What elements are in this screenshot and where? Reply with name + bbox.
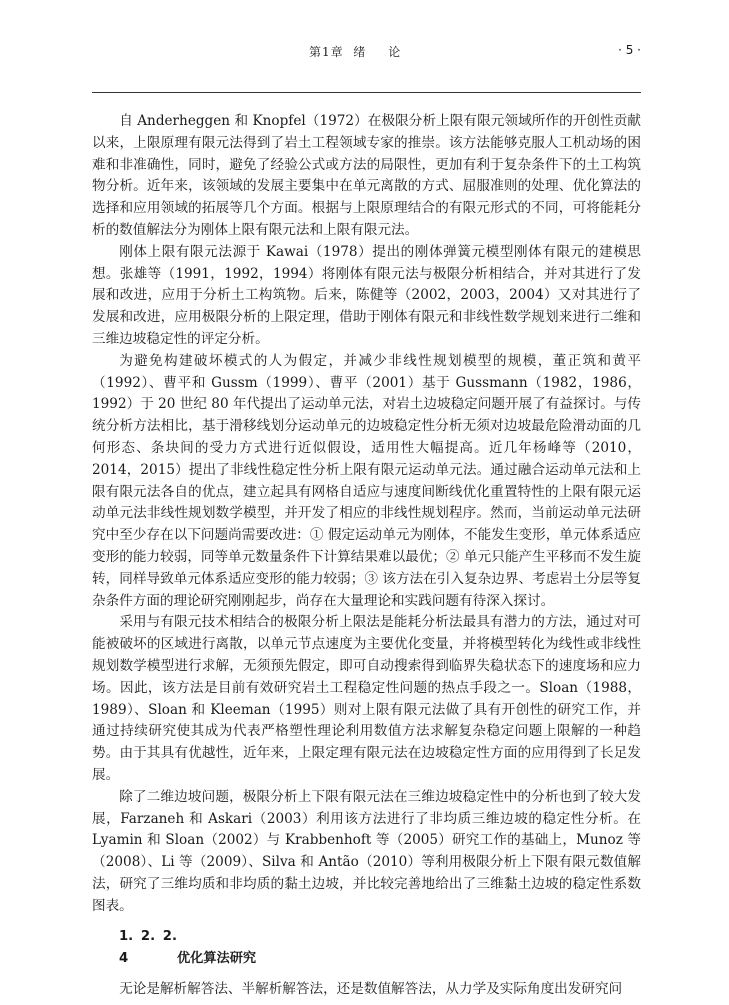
- chapter-title-part-2: 论: [388, 45, 401, 59]
- paragraph: 为避免构建破坏模式的人为假定，并减少非线性规划模型的规模，董正筑和黄平（1992…: [92, 351, 641, 613]
- section-title: 优化算法研究: [177, 951, 256, 966]
- chapter-title-part-1: 绪: [353, 45, 366, 59]
- paragraph: 自 Anderheggen 和 Knopfel（1972）在极限分析上限有限元领…: [92, 111, 641, 242]
- section-heading: 1. 2. 2. 4优化算法研究: [119, 926, 641, 970]
- page-number: · 5 ·: [618, 43, 641, 57]
- body-text: 自 Anderheggen 和 Knopfel（1972）在极限分析上限有限元领…: [92, 111, 641, 1001]
- header-rule: [92, 92, 641, 93]
- paragraph: 无论是解析解答法、半解析解答法，还是数值解答法，从力学及实际角度出发研究问: [92, 979, 641, 1001]
- chapter-title: 第1章 绪论: [309, 43, 401, 60]
- running-head: 第1章 绪论 · 5 ·: [92, 43, 641, 63]
- chapter-label: 第1章: [309, 45, 344, 59]
- paragraph: 刚体上限有限元法源于 Kawai（1978）提出的刚体弹簧元模型刚体有限元的建模…: [92, 242, 641, 351]
- paragraph: 除了二维边坡问题，极限分析上下限有限元法在三维边坡稳定性中的分析也到了较大发展，…: [92, 787, 641, 918]
- paragraph: 采用与有限元技术相结合的极限分析上限法是能耗分析法最具有潜力的方法，通过对可能被…: [92, 612, 641, 786]
- section-number: 1. 2. 2. 4: [119, 926, 177, 970]
